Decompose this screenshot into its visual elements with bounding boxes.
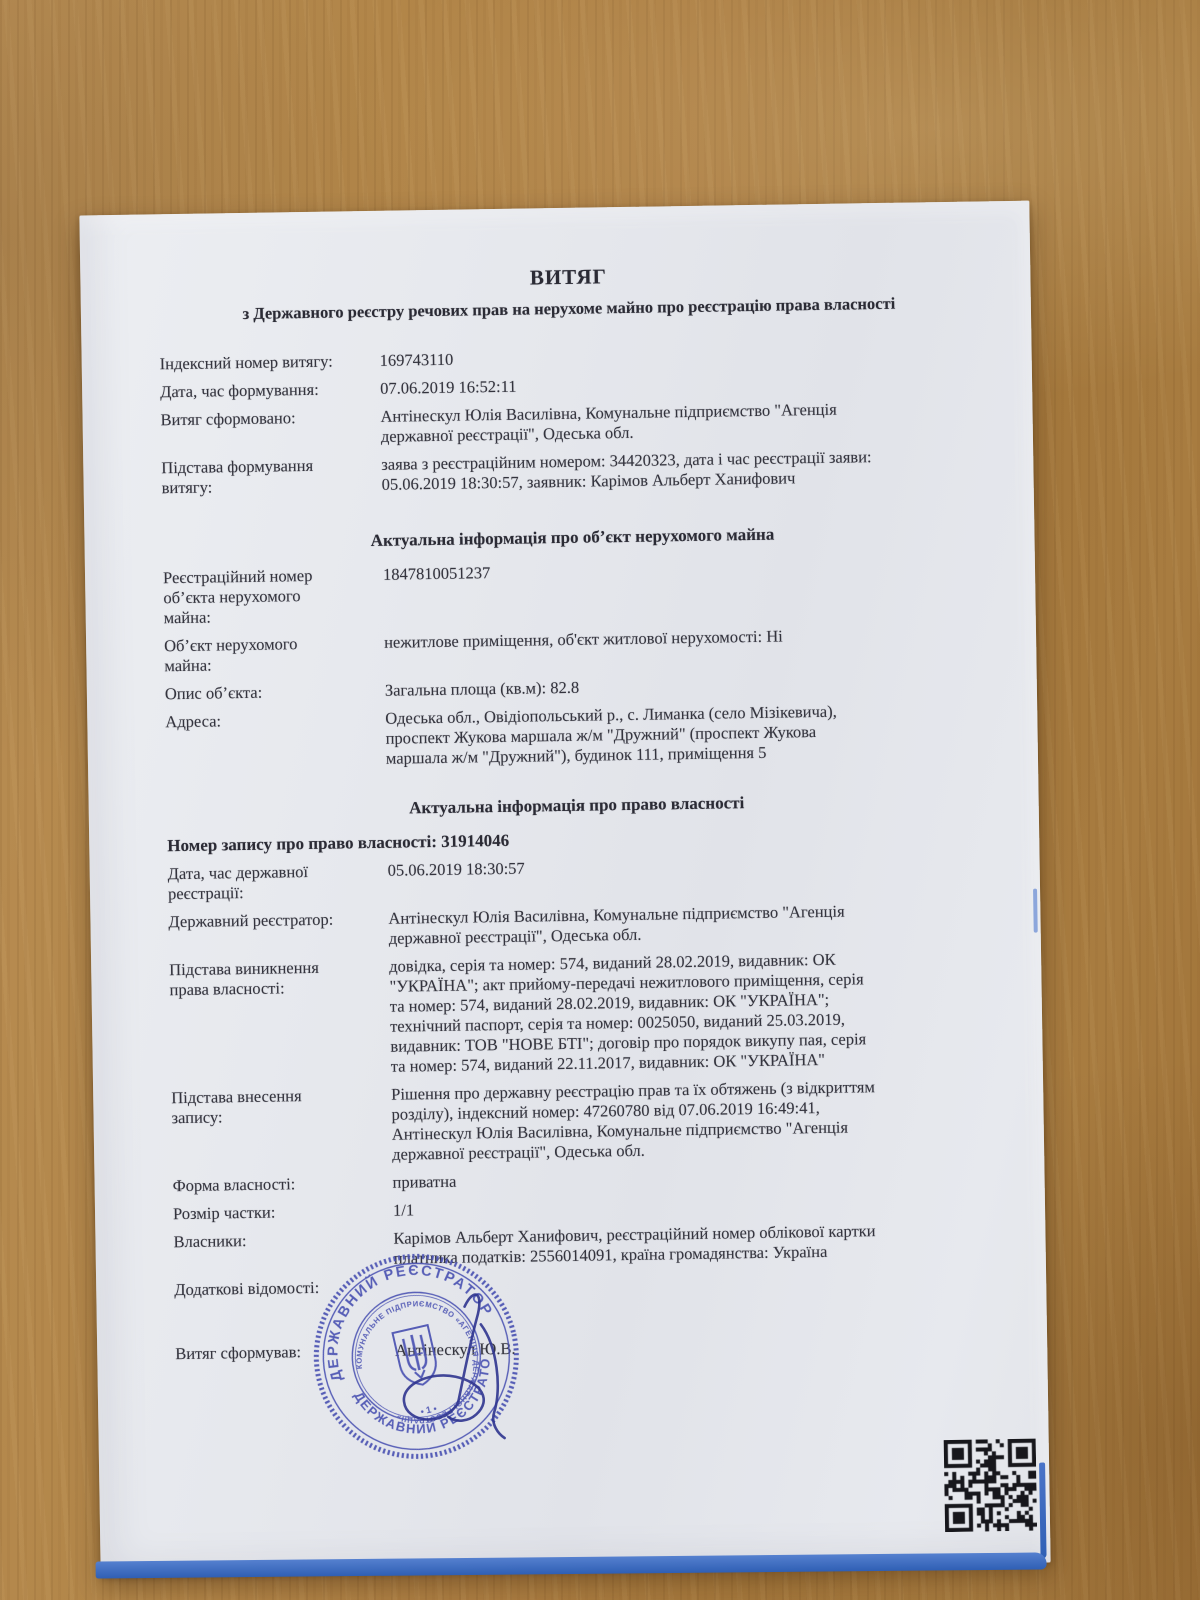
field-row: Об’єкт нерухомого майна: нежитлове примі… <box>164 623 985 676</box>
field-label: Розмір частки: <box>173 1201 393 1224</box>
field-label: Дата, час формування: <box>160 379 380 402</box>
field-row: Реєстраційний номер об’єкта нерухомого м… <box>163 555 984 628</box>
ownership-record-number: Номер запису про право власності: 319140… <box>167 823 987 856</box>
field-label: Підстава внесення запису: <box>171 1085 392 1168</box>
field-row: Адреса: Одеська обл., Овідіопольський р.… <box>165 699 986 772</box>
field-row: Підстава внесення запису: Рішення про де… <box>171 1075 992 1168</box>
field-row: Підстава виникнення права власності: дов… <box>169 947 991 1080</box>
field-label: Об’єкт нерухомого майна: <box>164 633 385 676</box>
field-row: Державний реєстратор: Антінескул Юлія Ва… <box>168 899 989 952</box>
field-label: Реєстраційний номер об’єкта нерухомого м… <box>163 565 384 628</box>
formed-by-row: Витяг сформував: Антінескул Ю.В. <box>175 1331 995 1364</box>
field-label: Підстава формування витягу: <box>161 455 382 498</box>
field-label: Дата, час державної реєстрації: <box>168 861 389 904</box>
document-sheet: ВИТЯГ з Державного реєстру речових прав … <box>79 201 1050 1578</box>
field-value: приватна <box>392 1164 970 1193</box>
field-label: Адреса: <box>165 709 386 772</box>
field-row: Дата, час формування: 07.06.2019 16:52:1… <box>160 369 980 402</box>
section-heading-ownership: Актуальна інформація про право власності <box>167 789 987 822</box>
field-value: Антінескул Юлія Василівна, Комунальне пі… <box>380 398 959 447</box>
field-label: Підстава виникнення права власності: <box>169 957 391 1080</box>
field-label: Форма власності: <box>172 1173 392 1196</box>
field-label: Опис об’єкта: <box>165 681 385 704</box>
field-value: заява з реєстраційним номером: 34420323,… <box>381 446 960 495</box>
document-content: ВИТЯГ з Державного реєстру речових прав … <box>79 201 1050 1578</box>
field-value: Загальна площа (кв.м): 82.8 <box>385 672 963 701</box>
document-title: ВИТЯГ <box>158 257 978 296</box>
field-label: Індексний номер витягу: <box>160 351 380 374</box>
field-value: 05.06.2019 18:30:57 <box>388 852 967 901</box>
field-row: Опис об’єкта: Загальна площа (кв.м): 82.… <box>165 671 985 704</box>
field-row: Форма власності: приватна <box>172 1163 992 1196</box>
field-value: нежитлове приміщення, об'єкт житлової не… <box>384 624 963 673</box>
field-row: Дата, час державної реєстрації: 05.06.20… <box>168 851 989 904</box>
field-value: Рішення про державну реєстрацію прав та … <box>391 1076 970 1165</box>
qr-code <box>944 1439 1037 1532</box>
signature <box>396 1283 549 1455</box>
section-heading-object: Актуальна інформація про об’єкт нерухомо… <box>162 521 982 554</box>
field-value: 1/1 <box>393 1192 971 1221</box>
field-row: Підстава формування витягу: заява з реєс… <box>161 445 982 498</box>
field-label: Витяг сформовано: <box>160 407 381 450</box>
field-value: 1847810051237 <box>383 556 962 625</box>
field-value: Антінескул Юлія Василівна, Комунальне пі… <box>388 900 967 949</box>
field-value: Одеська обл., Овідіопольський р., с. Лим… <box>385 700 964 769</box>
field-value: довідка, серія та номер: 574, виданий 28… <box>389 948 969 1077</box>
field-row: Власники: Карімов Альберт Ханифович, реє… <box>173 1219 994 1272</box>
field-row: Витяг сформовано: Антінескул Юлія Василі… <box>160 397 981 450</box>
page-border-line <box>1033 889 1038 933</box>
field-row: Розмір частки: 1/1 <box>173 1191 993 1224</box>
field-value: 07.06.2019 16:52:11 <box>380 370 958 399</box>
field-label: Державний реєстратор: <box>168 909 389 952</box>
